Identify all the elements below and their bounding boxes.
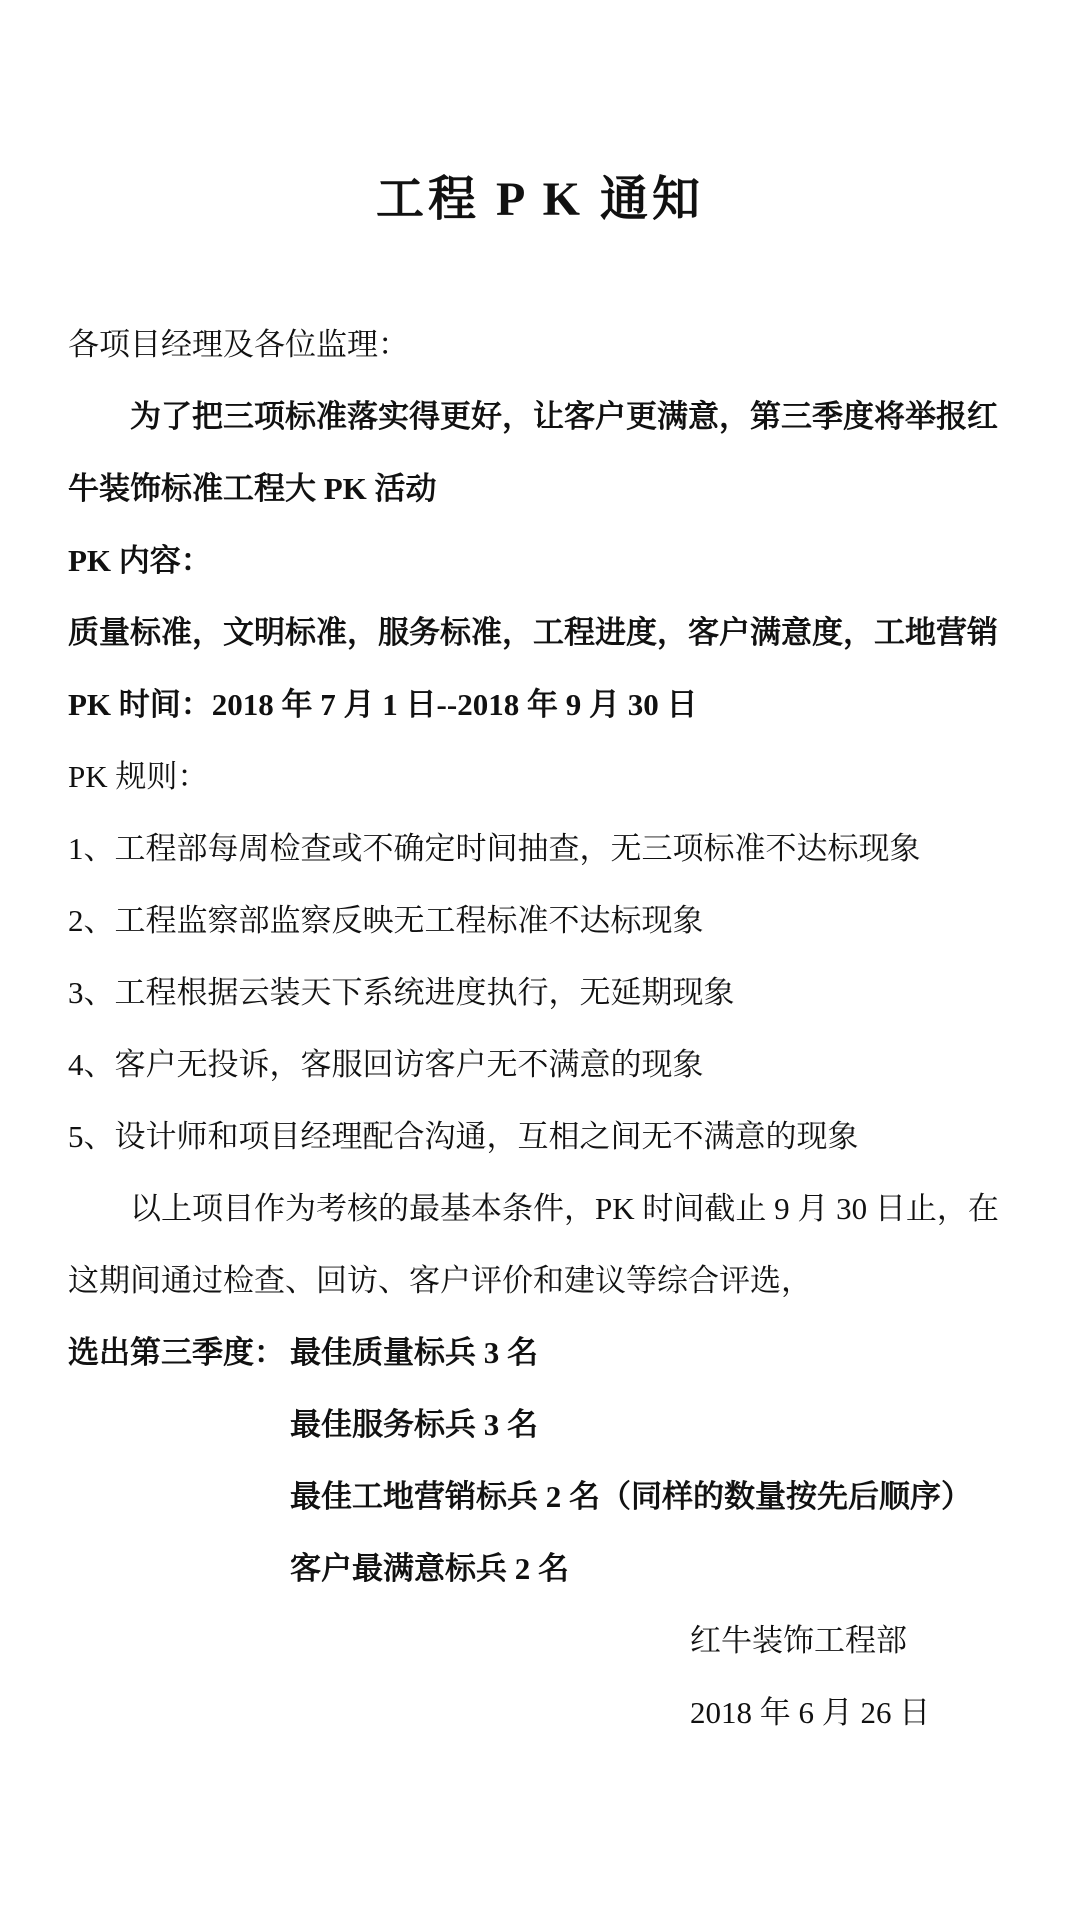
document-title: 工程 P K 通知 (0, 168, 1080, 232)
signature-department: 红牛装饰工程部 (690, 1619, 907, 1663)
signature-date: 2018 年 6 月 26 日 (690, 1691, 930, 1735)
award-item: 最佳服务标兵 3 名 (290, 1403, 538, 1447)
rule-item: 5、设计师和项目经理配合沟通，互相之间无不满意的现象 (68, 1115, 859, 1159)
award-item: 客户最满意标兵 2 名 (290, 1547, 569, 1591)
pk-time: PK 时间：2018 年 7 月 1 日--2018 年 9 月 30 日 (68, 683, 697, 727)
summary-line-2: 这期间通过检查、回访、客户评价和建议等综合评选， (68, 1259, 812, 1303)
intro-line-1: 为了把三项标准落实得更好，让客户更满意，第三季度将举报红 (130, 395, 998, 439)
awards-label: 选出第三季度： (68, 1331, 285, 1375)
content-heading: PK 内容： (68, 539, 212, 583)
award-item: 最佳质量标兵 3 名 (290, 1331, 538, 1375)
salutation: 各项目经理及各位监理： (68, 323, 409, 367)
rule-item: 1、工程部每周检查或不确定时间抽查，无三项标准不达标现象 (68, 827, 921, 871)
content-items: 质量标准，文明标准，服务标准，工程进度，客户满意度，工地营销 (68, 611, 998, 655)
rule-item: 2、工程监察部监察反映无工程标准不达标现象 (68, 899, 704, 943)
award-item: 最佳工地营销标兵 2 名（同样的数量按先后顺序） (290, 1475, 972, 1519)
summary-line-1: 以上项目作为考核的最基本条件，PK 时间截止 9 月 30 日止，在 (130, 1187, 999, 1231)
rule-item: 4、客户无投诉，客服回访客户无不满意的现象 (68, 1043, 704, 1087)
rule-item: 3、工程根据云装天下系统进度执行，无延期现象 (68, 971, 735, 1015)
rules-heading: PK 规则： (68, 755, 208, 799)
intro-line-2: 牛装饰标准工程大 PK 活动 (68, 467, 437, 511)
